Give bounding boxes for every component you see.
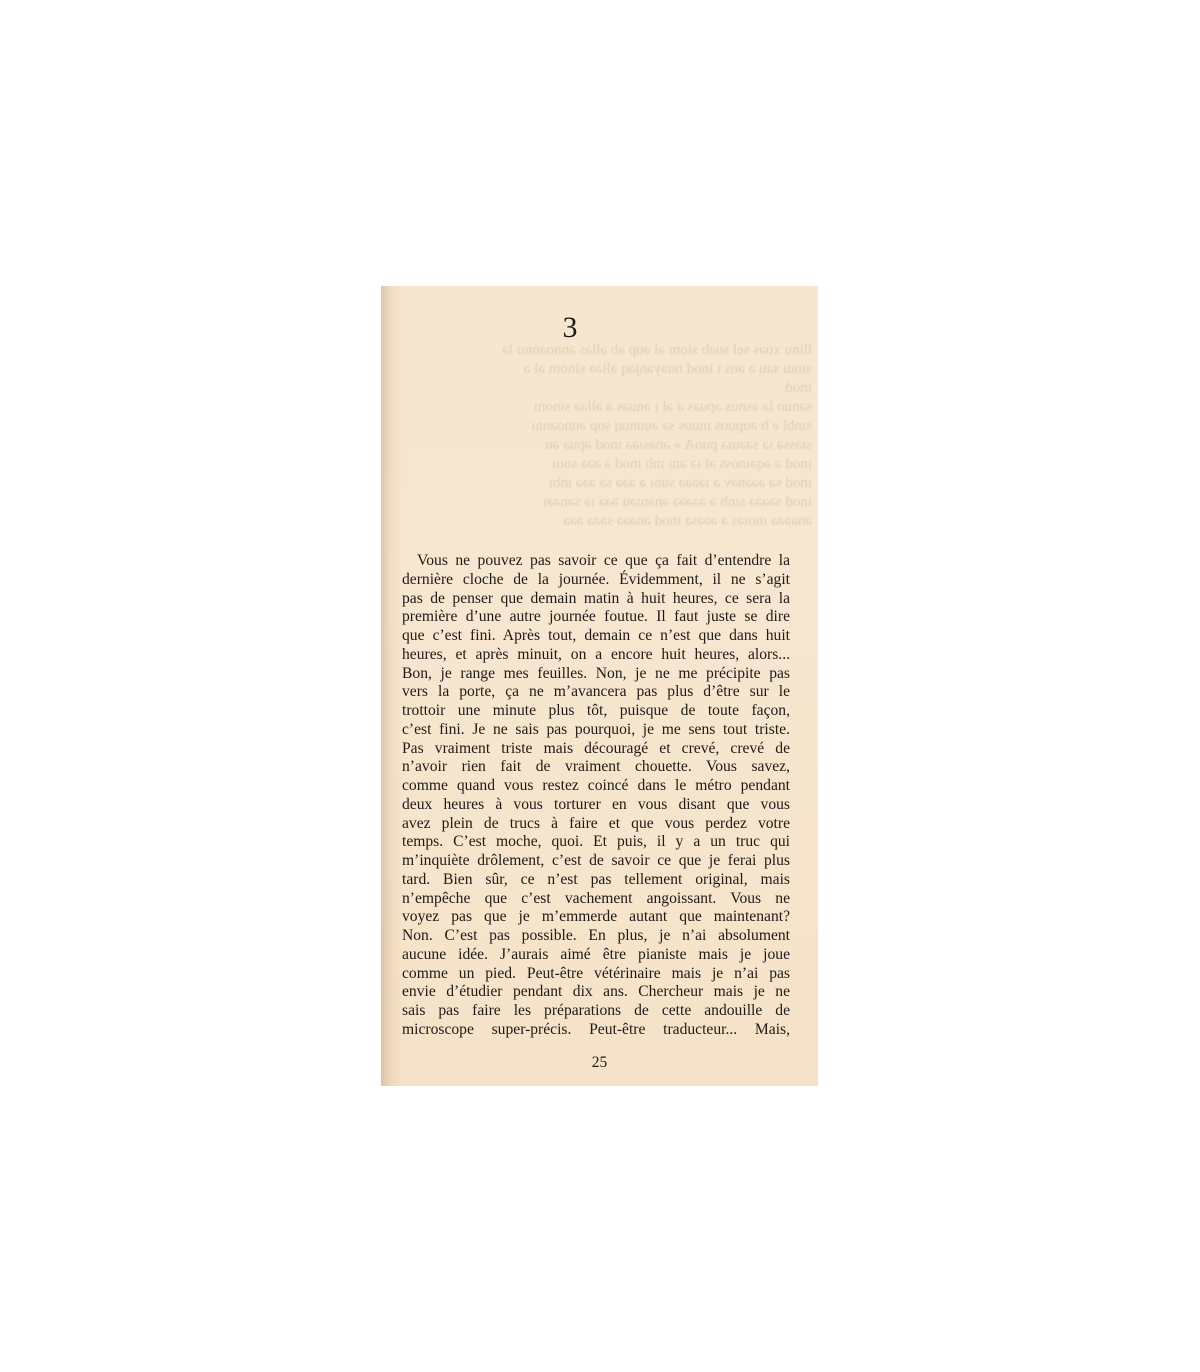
text-line: envie d’étudier pendant dix ans. Cherche…: [402, 983, 790, 1002]
text-line: pas de penser que demain matin à huit he…: [402, 590, 790, 609]
text-line: n’avoir rien fait de vraiment chouette. …: [402, 758, 790, 777]
text-line: Vous ne pouvez pas savoir ce que ça fait…: [402, 552, 790, 571]
text-line: tard. Bien sûr, ce n’est pas tellement o…: [402, 871, 790, 890]
text-line: aucune idée. J’aurais aimé être pianiste…: [402, 946, 790, 965]
paragraph: Vous ne pouvez pas savoir ce que ça fait…: [402, 552, 790, 1040]
text-line: m’inquiète drôlement, c’est de savoir ce…: [402, 852, 790, 871]
text-line: Pas vraiment triste mais découragé et cr…: [402, 740, 790, 759]
text-line: dernière cloche de la journée. Évidemmen…: [402, 571, 790, 590]
text-line: c’est fini. Je ne sais pas pourquoi, je …: [402, 721, 790, 740]
page-number: 25: [381, 1054, 818, 1072]
text-line: temps. C’est moche, quoi. Et puis, il y …: [402, 833, 790, 852]
text-line: première d’une autre journée foutue. Il …: [402, 608, 790, 627]
book-page: llinu xuəs sel suab siom əl əup ab əlləs…: [381, 286, 818, 1086]
text-line: microscope super-précis. Peut-être tradu…: [402, 1021, 790, 1040]
bleed-through-text: llinu xuəs sel suab siom əl əup ab əlləs…: [381, 341, 818, 531]
text-line: trottoir une minute plus tôt, puisque de…: [402, 702, 790, 721]
text-line: n’empêche que c’est vachement angoissant…: [402, 890, 790, 909]
text-line: heures, et après minuit, on a encore hui…: [402, 646, 790, 665]
text-line: vers la porte, ça ne m’avancera pas plus…: [402, 683, 790, 702]
text-line: voyez pas que je m’emmerde autant que ma…: [402, 908, 790, 927]
text-line: Bon, je range mes feuilles. Non, je ne m…: [402, 665, 790, 684]
text-line: que c’est fini. Après tout, demain ce n’…: [402, 627, 790, 646]
text-line: deux heures à vous torturer en vous disa…: [402, 796, 790, 815]
text-line: sais pas faire les préparations de cette…: [402, 1002, 790, 1021]
text-line: Non. C’est pas possible. En plus, je n’a…: [402, 927, 790, 946]
chapter-number: 3: [381, 310, 759, 346]
text-line: avez plein de trucs à faire et que vous …: [402, 815, 790, 834]
text-line: comme quand vous restez coincé dans le m…: [402, 777, 790, 796]
text-line: comme un pied. Peut-être vétérinaire mai…: [402, 965, 790, 984]
